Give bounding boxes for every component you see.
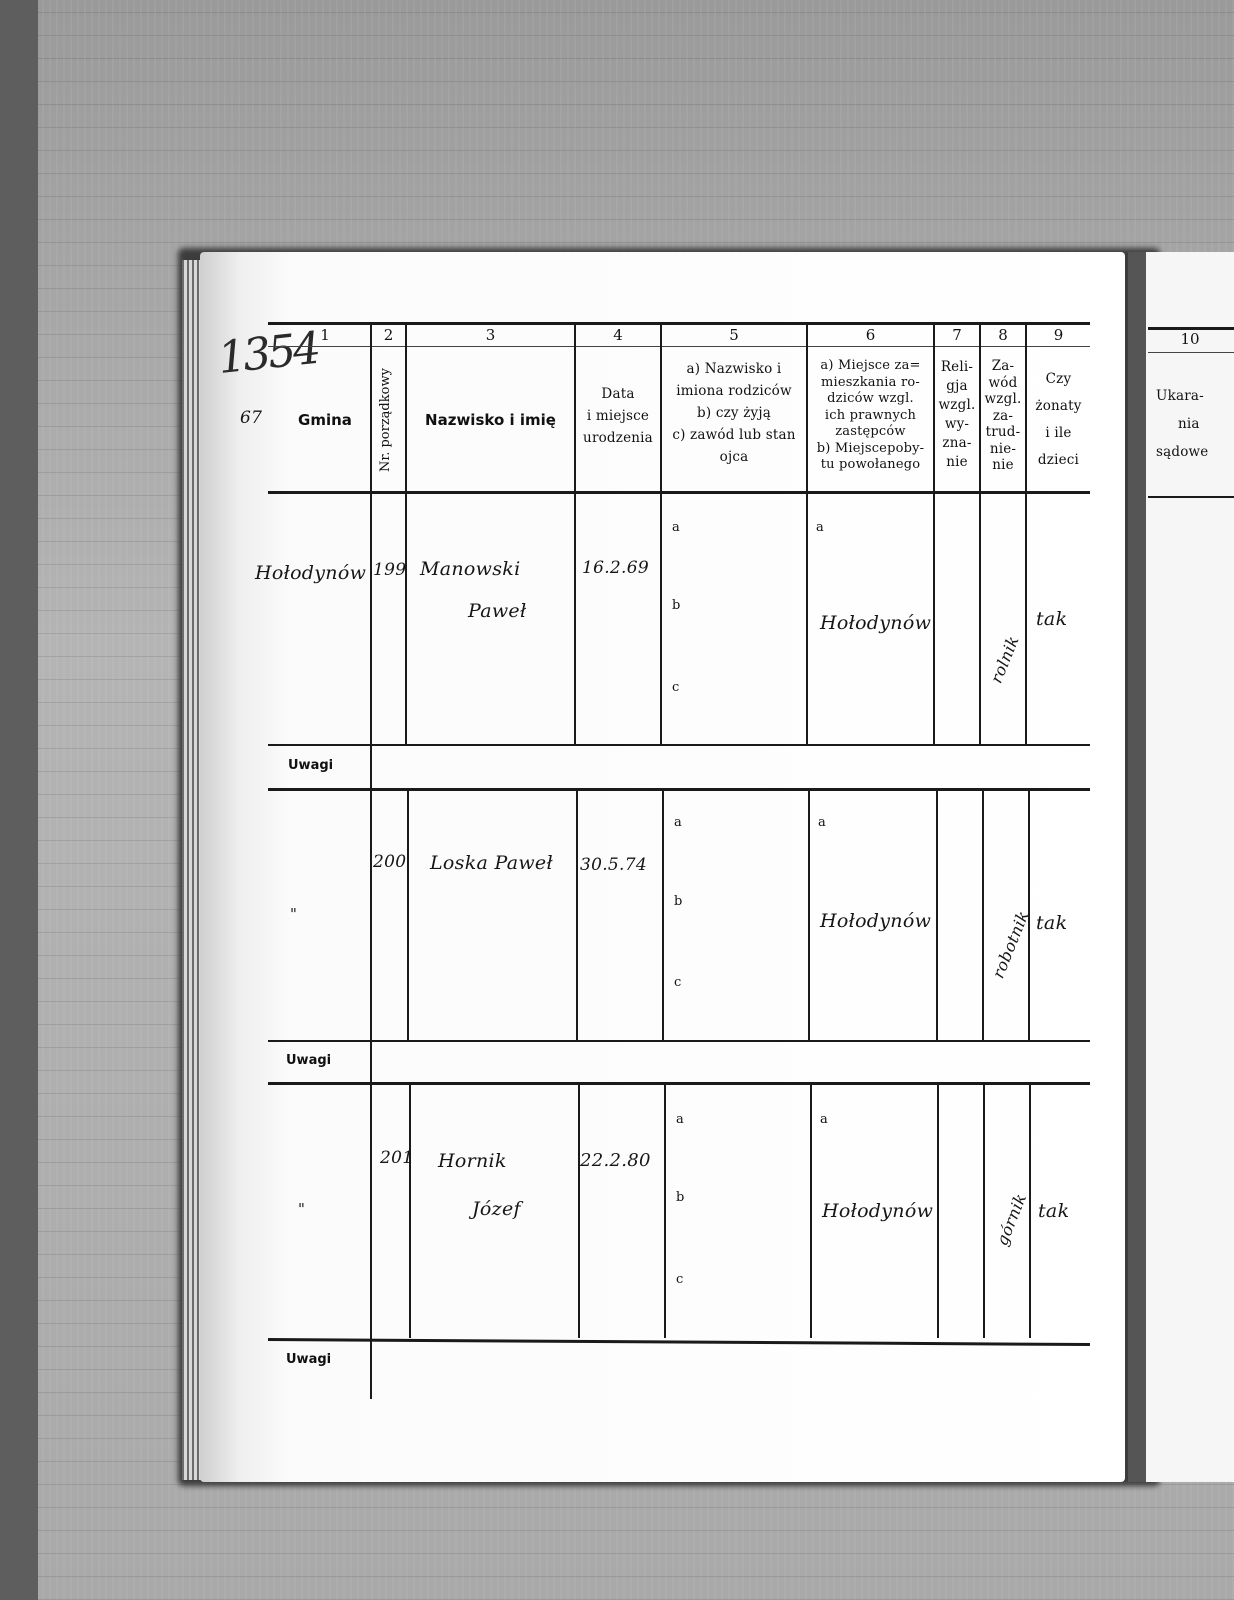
sub-label-c: c bbox=[676, 1272, 683, 1287]
entry-2-bottom-rule bbox=[268, 1040, 1090, 1042]
sub-label-b: b bbox=[672, 598, 680, 613]
header-religia: Reli- gja wzgl. wy- zna- nie bbox=[935, 358, 979, 472]
archive-subnumber: 67 bbox=[240, 408, 262, 428]
entry-residence: Hołodynów bbox=[822, 1200, 933, 1222]
entry-name-given: Paweł bbox=[468, 600, 526, 622]
entry-married: tak bbox=[1036, 912, 1067, 934]
sub-label-a-col6: a bbox=[818, 815, 826, 830]
remarks-label: Uwagi bbox=[286, 1352, 331, 1367]
col-divider-1-2 bbox=[370, 324, 372, 1399]
col-divider-6-7-r3 bbox=[937, 1084, 939, 1338]
col-num-9: 9 bbox=[1027, 326, 1090, 345]
entry-nr: 199 bbox=[373, 560, 406, 580]
col-divider-4-5-r3 bbox=[664, 1084, 666, 1338]
scan-left-edge bbox=[0, 0, 38, 1600]
col-num-3: 3 bbox=[407, 326, 574, 345]
col-divider-3-4-r2 bbox=[576, 790, 578, 1040]
header-ukarania: Ukara- nia sądowe bbox=[1150, 382, 1234, 466]
entry-gmina-ditto: " bbox=[298, 1200, 305, 1218]
book-gutter bbox=[1128, 252, 1146, 1482]
entry-married: tak bbox=[1038, 1200, 1069, 1222]
header-zawod: Za- wód wzgl. za- trud- nie- nie bbox=[981, 358, 1025, 474]
header-zonaty: Czy żonaty i ile dzieci bbox=[1027, 366, 1090, 474]
remarks-2-bottom-rule bbox=[268, 1082, 1090, 1085]
header-rodzice: a) Nazwisko i imiona rodziców b) czy żyj… bbox=[662, 358, 806, 468]
col-num-4: 4 bbox=[576, 326, 660, 345]
col-divider-5-6-r3 bbox=[810, 1084, 812, 1338]
sub-label-c: c bbox=[672, 680, 679, 695]
sub-label-a: a bbox=[676, 1112, 684, 1127]
col-divider-5-6-r2 bbox=[808, 790, 810, 1040]
col-divider-2-3-r3 bbox=[409, 1084, 411, 1338]
col-divider-8-9-r3 bbox=[1029, 1084, 1031, 1338]
entry-residence: Hołodynów bbox=[820, 612, 931, 634]
col-num-1: 1 bbox=[280, 326, 370, 345]
entry-name-given: Józef bbox=[472, 1198, 521, 1220]
col-divider-2-3 bbox=[405, 324, 407, 744]
sub-label-a-col6: a bbox=[816, 520, 824, 535]
entry-1-bottom-rule bbox=[268, 744, 1090, 746]
col-divider-2-3-r2 bbox=[407, 790, 409, 1040]
header-nazwisko-imie: Nazwisko i imię bbox=[407, 411, 574, 430]
remarks-label: Uwagi bbox=[286, 1053, 331, 1068]
col-num-8: 8 bbox=[981, 326, 1025, 345]
col-num-6: 6 bbox=[808, 326, 933, 345]
col-divider-7-8-r2 bbox=[982, 790, 984, 1040]
col-divider-3-4-r3 bbox=[578, 1084, 580, 1338]
entry-married: tak bbox=[1036, 608, 1067, 630]
entry-birth-date: 22.2.80 bbox=[580, 1150, 651, 1171]
col-num-2: 2 bbox=[372, 326, 405, 345]
sub-label-a-col6: a bbox=[820, 1112, 828, 1127]
sub-label-b: b bbox=[676, 1190, 684, 1205]
entry-nr: 201 bbox=[380, 1148, 413, 1168]
col10-number-rule bbox=[1148, 352, 1234, 353]
col-num-7: 7 bbox=[935, 326, 979, 345]
col-divider-6-7-r2 bbox=[936, 790, 938, 1040]
sub-label-b: b bbox=[674, 894, 682, 909]
col-divider-4-5-r2 bbox=[662, 790, 664, 1040]
header-number-rule bbox=[268, 346, 1090, 347]
entry-birth-date: 30.5.74 bbox=[580, 855, 647, 875]
entry-gmina: Hołodynów bbox=[255, 562, 366, 584]
sub-label-c: c bbox=[674, 975, 681, 990]
entry-residence: Hołodynów bbox=[820, 910, 931, 932]
header-top-rule bbox=[268, 322, 1090, 325]
entry-name-surname: Hornik bbox=[438, 1150, 507, 1172]
remarks-label: Uwagi bbox=[288, 758, 333, 773]
header-gmina: Gmina bbox=[285, 411, 365, 430]
sub-label-a: a bbox=[674, 815, 682, 830]
entry-birth-date: 16.2.69 bbox=[582, 558, 649, 578]
entry-name-surname: Manowski bbox=[420, 558, 520, 580]
header-nr-porzadkowy: Nr. porządkowy bbox=[378, 360, 398, 480]
remarks-1-bottom-rule bbox=[268, 788, 1090, 791]
header-miejsce-zamieszkania: a) Miejsce za= mieszkania ro- dziców wzg… bbox=[808, 358, 933, 474]
header-bottom-rule bbox=[268, 491, 1090, 494]
col10-bottom-rule bbox=[1148, 496, 1234, 498]
entry-name: Loska Paweł bbox=[430, 852, 553, 874]
col-divider-7-8-r3 bbox=[983, 1084, 985, 1338]
col-num-5: 5 bbox=[662, 326, 806, 345]
sub-label-a: a bbox=[672, 520, 680, 535]
entry-gmina-ditto: " bbox=[290, 905, 297, 923]
col-num-10: 10 bbox=[1150, 330, 1230, 349]
entry-nr: 200 bbox=[373, 852, 406, 872]
header-data-urodzenia: Data i miejsce urodzenia bbox=[576, 386, 660, 447]
